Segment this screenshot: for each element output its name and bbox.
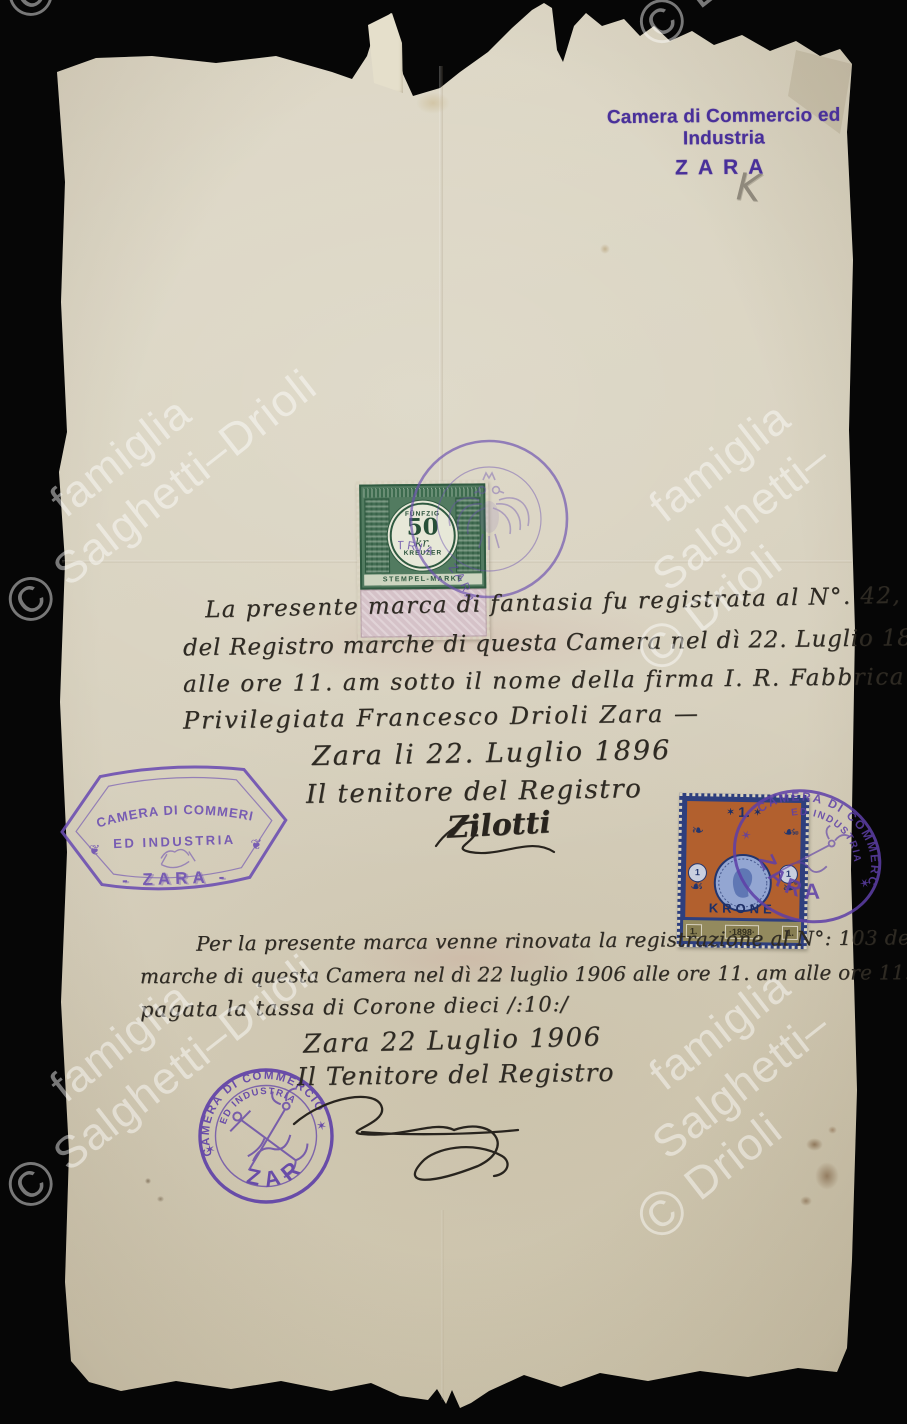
stain <box>828 1126 837 1134</box>
handwriting-1896-title: Il tenitore del Registro <box>306 774 643 810</box>
hex-stamp-zara: - ZARA - <box>122 867 230 890</box>
copyright-icon: © <box>0 1152 64 1218</box>
stain <box>157 1196 164 1202</box>
side-medallion-value: 1 <box>695 867 700 877</box>
star-ornament: ✶ <box>727 807 735 817</box>
fleuron-icon: ❦ <box>88 842 100 858</box>
stain <box>815 1162 839 1190</box>
svg-text:CAMERA DI COMMERICO: CAMERA DI COMMERICO <box>53 742 255 832</box>
stain <box>416 92 450 114</box>
watermark-surname: Salghetti–Drioli <box>642 0 907 18</box>
hex-stamp-line2: ED INDUSTRIA <box>113 832 236 851</box>
star-ornament: ✶ <box>738 826 754 844</box>
corner-ornament: ❧ <box>687 819 707 843</box>
vertical-fold-crease-lower <box>441 1210 444 1400</box>
stain <box>145 1178 151 1184</box>
stamp-ornament-column <box>364 498 390 573</box>
flourish-strokes <box>294 1097 518 1180</box>
hex-stamp-line1: CAMERA DI COMMERICO <box>53 742 255 832</box>
hex-crest-emblem <box>161 849 196 868</box>
office-stamp-line1: Camera di Commercio ed Industria <box>604 105 844 152</box>
office-stamp-line2: ZARA <box>604 155 844 182</box>
double-eagle-emblem <box>449 473 529 550</box>
watermark: © famiglia Salghetti–Drioli <box>0 0 326 28</box>
hexagonal-stamp: CAMERA DI COMMERICO ED INDUSTRIA ❦ ❦ - Z… <box>53 742 295 914</box>
signature-zilotti-flourish <box>430 812 560 862</box>
round-seal-eagle: ZARA ✛ CAMERA DI COMMERCIO ED INDUSTRIA <box>398 428 580 610</box>
stain <box>800 1196 812 1206</box>
handwriting-1896-date: Zara li 22. Luglio 1896 <box>312 735 672 772</box>
star-ornament: ✶ <box>203 1141 217 1158</box>
scanned-document-photo: Camera di Commercio ed Industria ZARA K … <box>0 0 907 1424</box>
stain <box>600 244 610 254</box>
fleuron-icon: ❦ <box>250 836 262 852</box>
copyright-icon: © <box>0 567 64 633</box>
signature-registrar-flourish <box>282 1078 522 1198</box>
star-ornament: ✶ <box>857 874 873 892</box>
copyright-icon: © <box>0 0 64 28</box>
flourish-stroke <box>436 823 554 854</box>
handwriting-1906-line2: marche di questa Camera nel dì 22 luglio… <box>140 960 907 988</box>
office-stamp-header: Camera di Commercio ed Industria ZARA <box>604 105 845 182</box>
stain <box>806 1138 823 1151</box>
